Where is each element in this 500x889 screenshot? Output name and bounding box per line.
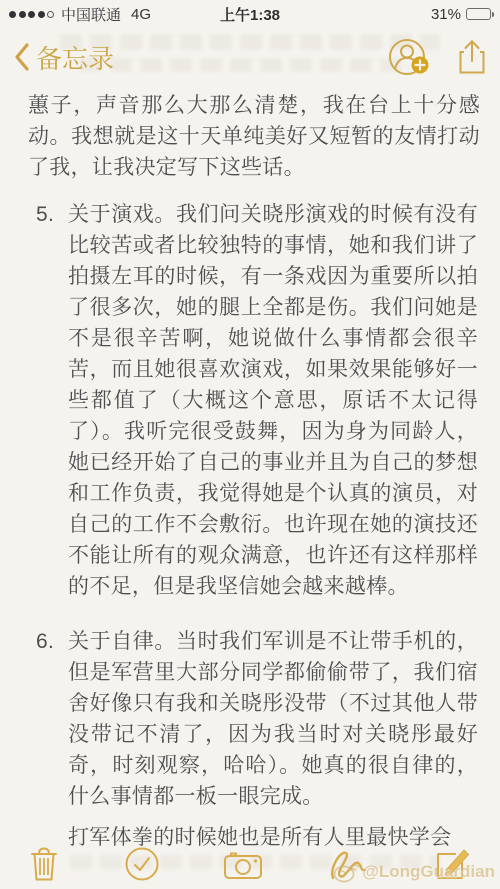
list-number: 6. xyxy=(36,626,68,812)
trash-icon[interactable] xyxy=(28,846,60,882)
battery-percent-label: 31% xyxy=(431,6,461,23)
status-bar: 中国联通 4G 上午1:38 31% xyxy=(0,0,500,28)
back-button[interactable]: 备忘录 xyxy=(14,39,114,76)
bottom-toolbar xyxy=(0,839,500,889)
list-number: 5. xyxy=(36,199,68,602)
list-item-6: 6. 关于自律。当时我们军训是不让带手机的，但是军营里大部分同学都偷偷带了，我们… xyxy=(0,626,500,812)
list-item-text: 关于演戏。我们问关晓彤演戏的时候有没有比较苦或者比较独特的事情，她和我们讲了拍摄… xyxy=(68,199,478,602)
list-item-text: 关于自律。当时我们军训是不让带手机的，但是军营里大部分同学都偷偷带了，我们宿舍好… xyxy=(68,626,478,812)
list-item-5: 5. 关于演戏。我们问关晓彤演戏的时候有没有比较苦或者比较独特的事情，她和我们讲… xyxy=(0,199,500,602)
battery-icon xyxy=(466,8,491,20)
camera-icon[interactable] xyxy=(223,848,263,880)
clock-label: 上午1:38 xyxy=(0,4,500,25)
back-chevron-icon xyxy=(14,43,30,71)
compose-icon[interactable] xyxy=(434,845,472,883)
check-circle-icon[interactable] xyxy=(124,846,160,882)
note-body[interactable]: 蕙子，声音那么大那么清楚，我在台上十分感动。我想就是这十天单纯美好又短暂的友情打… xyxy=(0,90,500,853)
share-button[interactable] xyxy=(458,39,486,75)
add-collaborator-button[interactable] xyxy=(388,38,430,76)
note-paragraph: 蕙子，声音那么大那么清楚，我在台上十分感动。我想就是这十天单纯美好又短暂的友情打… xyxy=(28,90,480,183)
marker-scribble-icon[interactable] xyxy=(327,844,371,884)
back-label: 备忘录 xyxy=(36,39,114,76)
nav-bar: 备忘录 xyxy=(0,28,500,86)
